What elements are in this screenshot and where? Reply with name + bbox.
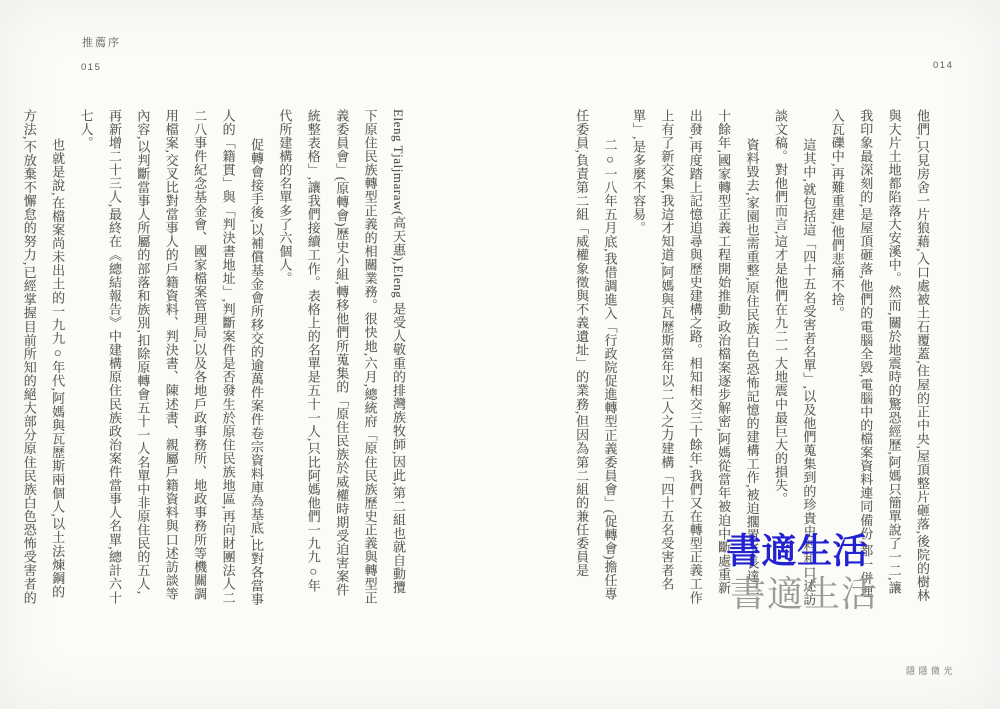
book-spread: 推薦序 015 Eleng Tjaljmaraw(高天惠),Eleng 是受人敬… xyxy=(0,0,1000,709)
paragraph: Eleng Tjaljmaraw(高天惠),Eleng 是受人敬重的排灣族牧師,… xyxy=(270,109,412,606)
page-number-right: 014 xyxy=(933,60,953,71)
watermark-gray: 書適生活 xyxy=(730,566,878,617)
section-header-label: 推薦序 xyxy=(82,34,121,50)
paragraph: 二○一八年五月底,我借調進入「行政院促進轉型正義委員會」(促轉會)擔任專任委員,… xyxy=(567,109,624,606)
page-number-left: 015 xyxy=(81,62,101,73)
left-text-block: Eleng Tjaljmaraw(高天惠),Eleng 是受人敬重的排灣族牧師,… xyxy=(40,109,412,606)
paragraph: 促轉會接手後,以補償基金會所移交的逾萬件案件卷宗資料庫為基底,比對各當事人的「籍… xyxy=(71,109,270,606)
book-title-footer: 隱隱微光 xyxy=(906,664,956,677)
paragraph: 也就是說,在檔案尚未出土的一九九○年代,阿媽與瓦歷斯兩個人,以土法煉鋼的方法,不… xyxy=(14,109,71,606)
